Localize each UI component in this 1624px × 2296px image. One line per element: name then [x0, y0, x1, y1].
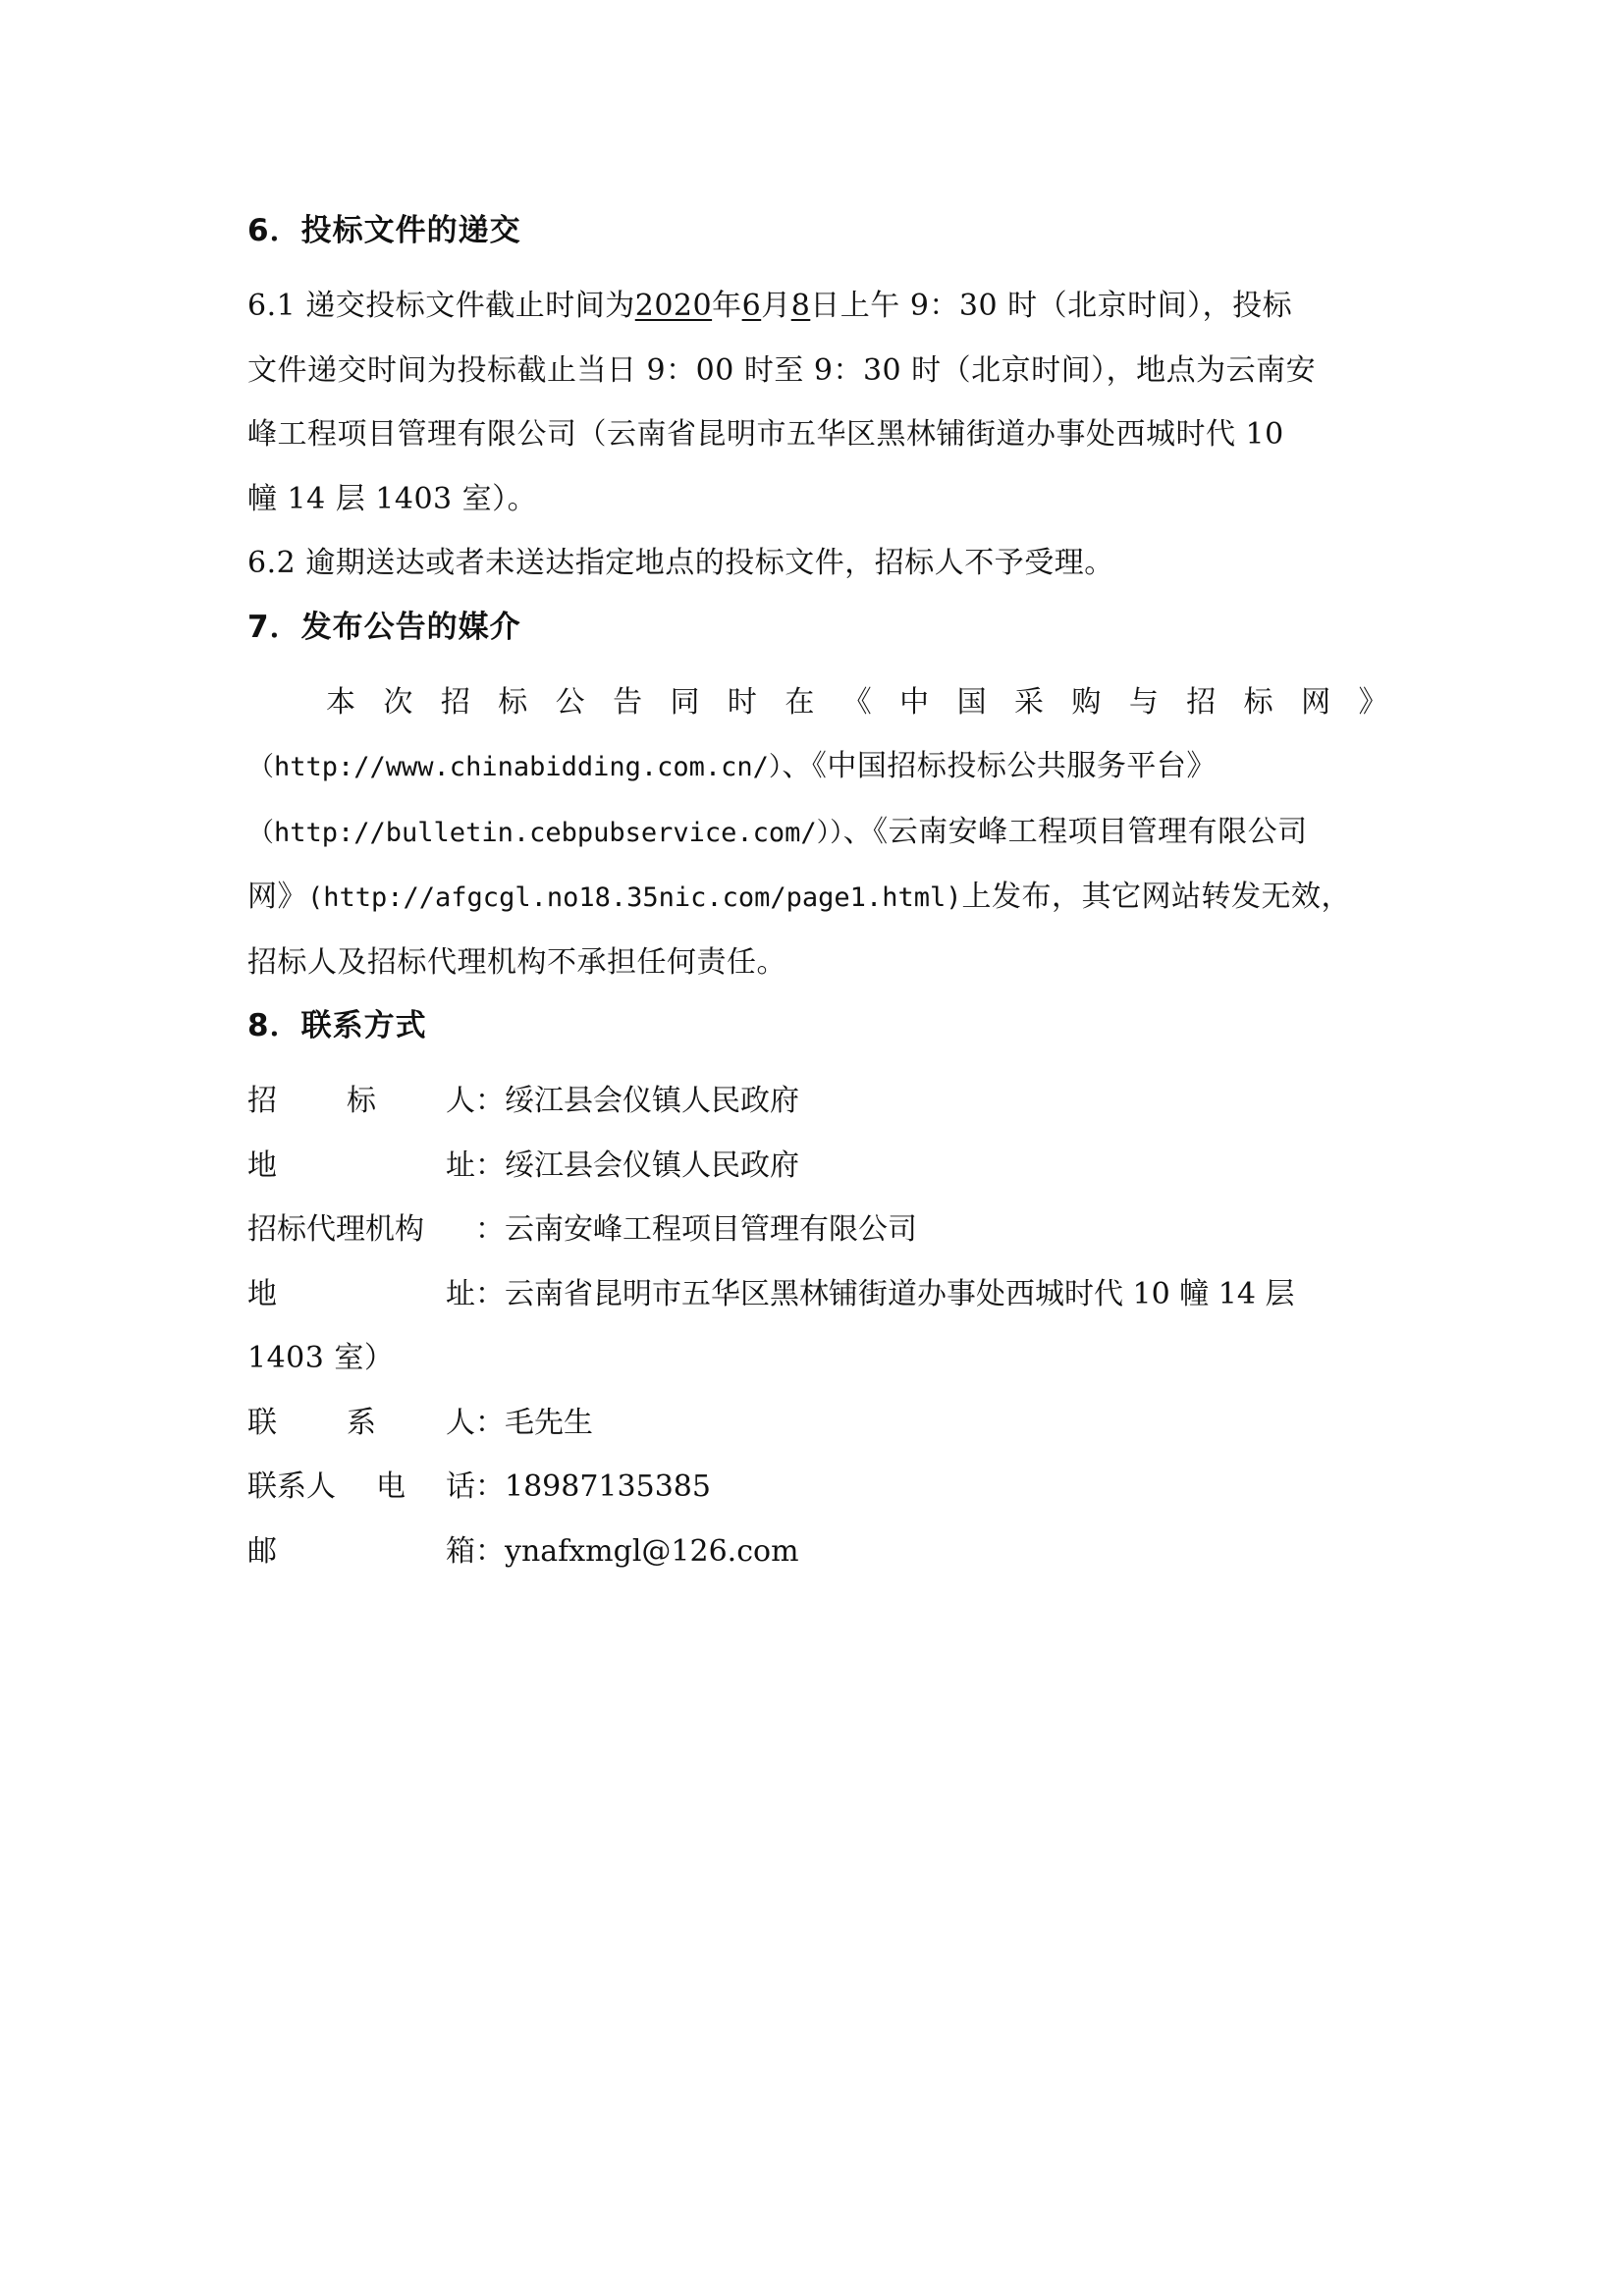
contact-label: 地 址	[247, 1262, 475, 1327]
contact-value: 云南省昆明市五华区黑林铺街道办事处西城时代 10 幢 14 层	[505, 1262, 1295, 1327]
deadline-month: 6	[742, 289, 762, 323]
clause-6-2: 6.2 逾期送达或者未送达指定地点的投标文件，招标人不予受理。	[247, 531, 1388, 596]
chinabidding-link[interactable]: （http://www.chinabidding.com.cn/）	[247, 752, 782, 782]
clause-6-1-line2: 文件递交时间为投标截止当日 9：00 时至 9：30 时（北京时间），地点为云南…	[247, 339, 1388, 403]
section-8-heading: 8．联系方式	[247, 996, 1388, 1055]
cebpubservice-link[interactable]: （http://bulletin.cebpubservice.com/））	[247, 818, 843, 848]
contact-value: 绥江县会仪镇人民政府	[505, 1069, 799, 1134]
contact-value: 云南安峰工程项目管理有限公司	[505, 1198, 917, 1262]
media-line-3: （http://bulletin.cebpubservice.com/））、《云…	[247, 800, 1388, 866]
clause-6-1-line3: 峰工程项目管理有限公司（云南省昆明市五华区黑林铺街道办事处西城时代 10	[247, 402, 1388, 467]
contact-label: 联系人 电 话	[247, 1455, 475, 1520]
contact-label: 招标代理机构	[247, 1198, 475, 1262]
section-6-heading: 6．投标文件的递交	[247, 201, 1388, 260]
contact-label: 邮 箱	[247, 1520, 475, 1584]
email-address[interactable]: ynafxmgl@126.com	[505, 1520, 799, 1584]
afgcgl-link[interactable]: (http://afgcgl.no18.35nic.com/page1.html…	[307, 882, 961, 913]
contact-phone: 联系人 电 话 ：18987135385	[247, 1455, 1388, 1520]
contact-agency: 招标代理机构 ：云南安峰工程项目管理有限公司	[247, 1198, 1388, 1262]
deadline-year: 2020	[635, 289, 712, 323]
contact-tenderer: 招 标 人 ：绥江县会仪镇人民政府	[247, 1069, 1388, 1134]
contact-label: 联 系 人	[247, 1391, 475, 1456]
contact-value: 毛先生	[505, 1391, 593, 1456]
phone-number[interactable]: 18987135385	[505, 1455, 711, 1520]
contact-email: 邮 箱 ：ynafxmgl@126.com	[247, 1520, 1388, 1584]
deadline-day: 8	[791, 289, 811, 323]
contact-value: 绥江县会仪镇人民政府	[505, 1134, 799, 1199]
clause-6-1-line4: 幢 14 层 1403 室）。	[247, 467, 1388, 532]
contact-label: 招 标 人	[247, 1069, 475, 1134]
contact-person: 联 系 人 ：毛先生	[247, 1391, 1388, 1456]
media-line-4: 网》(http://afgcgl.no18.35nic.com/page1.ht…	[247, 865, 1388, 931]
contact-agency-address-cont: 1403 室）	[247, 1326, 1388, 1391]
media-line-5: 招标人及招标代理机构不承担任何责任。	[247, 931, 1388, 995]
contact-agency-address: 地 址 ：云南省昆明市五华区黑林铺街道办事处西城时代 10 幢 14 层	[247, 1262, 1388, 1327]
document-page: 6．投标文件的递交 6.1 递交投标文件截止时间为2020年6月8日上午 9：3…	[247, 201, 1388, 1583]
section-7-heading: 7．发布公告的媒介	[247, 598, 1388, 657]
media-intro-line: 本次招标公告同时在《中国采购与招标网》	[247, 670, 1388, 735]
clause-6-1: 6.1 递交投标文件截止时间为2020年6月8日上午 9：30 时（北京时间），…	[247, 274, 1388, 339]
media-line-2: （http://www.chinabidding.com.cn/）、《中国招标投…	[247, 734, 1388, 800]
contact-tenderer-address: 地 址 ：绥江县会仪镇人民政府	[247, 1134, 1388, 1199]
contact-label: 地 址	[247, 1134, 475, 1199]
